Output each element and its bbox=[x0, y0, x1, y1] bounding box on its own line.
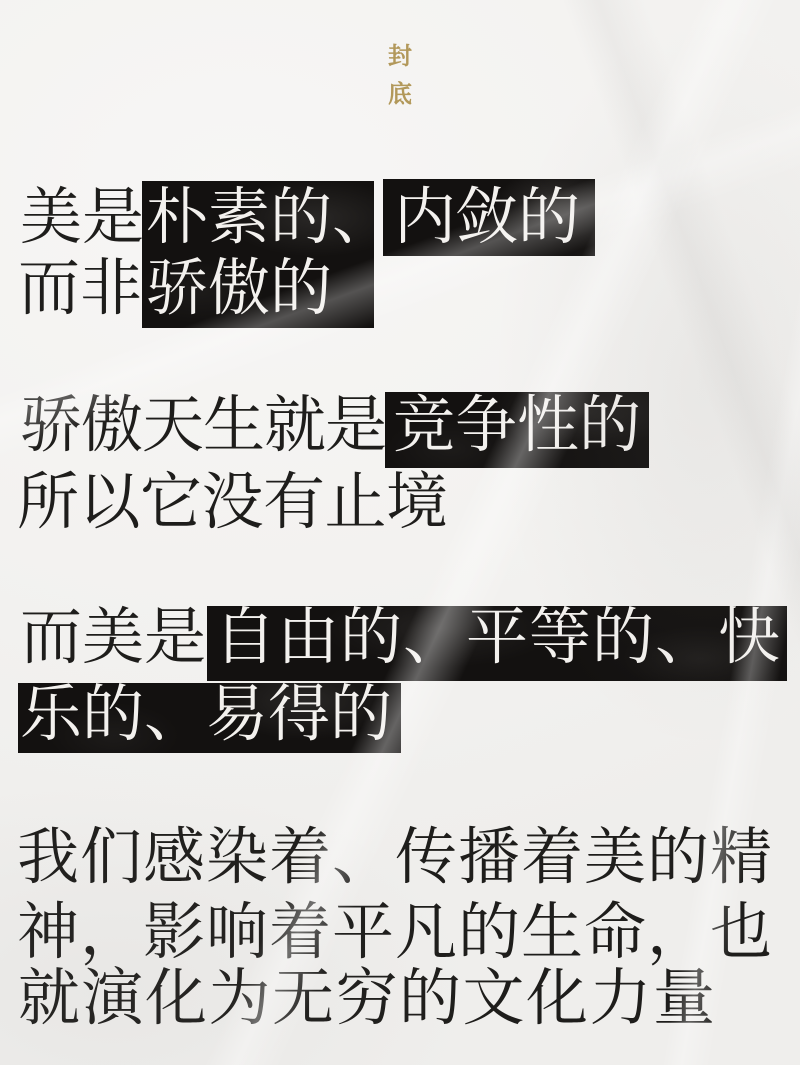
quote-segment: 骄傲天生就是 bbox=[20, 395, 386, 457]
back-cover-label: 封 底 bbox=[0, 45, 800, 107]
quote-segment-highlighted: 乐的、易得的 bbox=[20, 684, 392, 746]
quote-segment-highlighted: 竞争性的 bbox=[393, 395, 641, 457]
quote-segment: 神，影响着平凡的生命，也 bbox=[17, 902, 773, 964]
quote-segment-highlighted: 骄傲的 bbox=[146, 258, 332, 320]
quote-segment-highlighted: 朴素的、 bbox=[146, 187, 394, 249]
quote-segment-highlighted: 自由的、平等的、快 bbox=[214, 607, 781, 669]
back-cover-label-char: 底 bbox=[388, 83, 412, 107]
quote-segment-highlighted: 内敛的 bbox=[394, 187, 580, 249]
back-cover-label-char: 封 bbox=[388, 45, 412, 69]
quote-segment: 就演化为无穷的文化力量 bbox=[18, 968, 717, 1030]
back-cover-poster: 封 底 美是 朴素的、 内敛的 而非 骄傲的 骄傲天生就是 竞争性的 所以它没有… bbox=[0, 0, 800, 1065]
quote-segment: 美是 bbox=[20, 187, 144, 249]
quote-segment: 所以它没有止境 bbox=[17, 472, 448, 534]
quote-segment: 而美是 bbox=[20, 607, 206, 669]
quote-segment: 而非 bbox=[18, 258, 142, 320]
quote-segment: 我们感染着、传播着美的精 bbox=[17, 827, 773, 889]
